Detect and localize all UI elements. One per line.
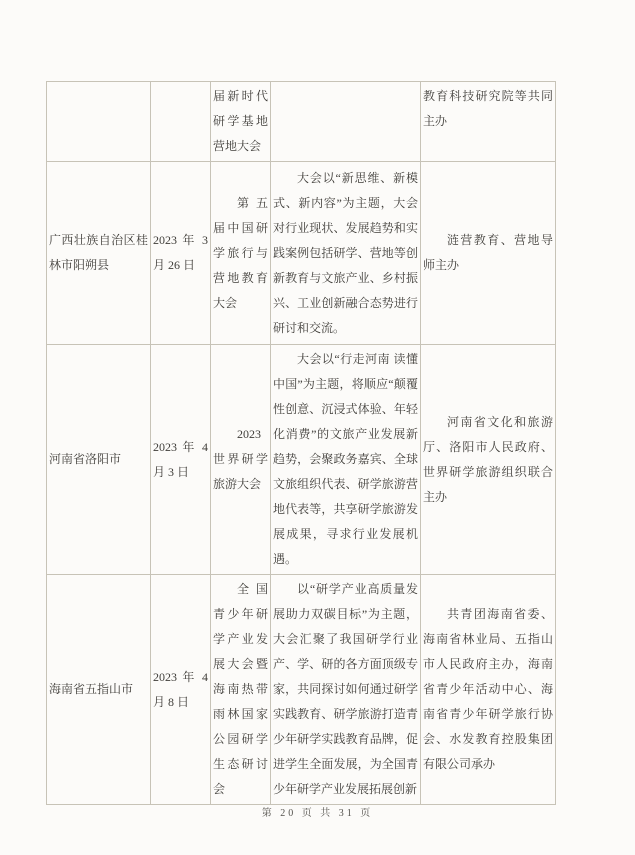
table-row: 届新时代研学基地营地大会 教育科技研究院等共同主办 [47,82,556,162]
location-cell: 河南省洛阳市 [47,345,151,575]
event-text: 届新时代研学基地营地大会 [213,84,268,159]
event-text: 第五届中国研学旅行与营地教育大会 [213,191,268,316]
date-cell: 2023 年 4 月 3 日 [151,345,211,575]
description-cell [271,82,421,162]
organizer-text: 河南省文化和旅游厅、洛阳市人民政府、世界研学旅游组织联合主办 [423,410,553,510]
table-row: 广西壮族自治区桂林市阳朔县 2023 年 3 月 26 日 第五届中国研学旅行与… [47,162,556,345]
table-row: 海南省五指山市 2023 年 4 月 8 日 全国青少年研学产业发展大会暨海南热… [47,575,556,805]
organizer-text: 教育科技研究院等共同主办 [423,84,553,134]
table-row: 河南省洛阳市 2023 年 4 月 3 日 2023 世界研学旅游大会 大会以“… [47,345,556,575]
description-cell: 大会以“行走河南 读懂中国”为主题，将顺应“颠覆性创意、沉浸式体验、年轻化消费”… [271,345,421,575]
location-text: 广西壮族自治区桂林市阳朔县 [49,228,148,278]
description-text: 以“研学产业高质量发展助力双碳目标”为主题，大会汇聚了我国研学行业产、学、研的各… [273,577,418,802]
description-text: 大会以“行走河南 读懂中国”为主题，将顺应“颠覆性创意、沉浸式体验、年轻化消费”… [273,347,418,572]
description-cell: 大会以“新思维、新模式、新内容”为主题，大会对行业现状、发展趋势和实践案例包括研… [271,162,421,345]
date-cell: 2023 年 4 月 8 日 [151,575,211,805]
page-footer: 第 20 页 共 31 页 [0,804,635,819]
event-cell: 届新时代研学基地营地大会 [211,82,271,162]
date-text: 2023 年 4 月 3 日 [153,435,208,485]
event-cell: 全国青少年研学产业发展大会暨海南热带雨林国家公园研学生态研讨会 [211,575,271,805]
description-text: 大会以“新思维、新模式、新内容”为主题，大会对行业现状、发展趋势和实践案例包括研… [273,166,418,341]
description-cell: 以“研学产业高质量发展助力双碳目标”为主题，大会汇聚了我国研学行业产、学、研的各… [271,575,421,805]
date-text: 2023 年 4 月 8 日 [153,665,208,715]
location-cell: 广西壮族自治区桂林市阳朔县 [47,162,151,345]
document-page: 届新时代研学基地营地大会 教育科技研究院等共同主办 广西壮族自治区桂林市阳朔县 … [0,0,635,855]
events-table: 届新时代研学基地营地大会 教育科技研究院等共同主办 广西壮族自治区桂林市阳朔县 … [46,81,556,805]
event-text: 全国青少年研学产业发展大会暨海南热带雨林国家公园研学生态研讨会 [213,577,268,802]
date-cell [151,82,211,162]
event-cell: 第五届中国研学旅行与营地教育大会 [211,162,271,345]
date-cell: 2023 年 3 月 26 日 [151,162,211,345]
organizer-cell: 河南省文化和旅游厅、洛阳市人民政府、世界研学旅游组织联合主办 [421,345,556,575]
organizer-text: 涟营教育、营地导师主办 [423,228,553,278]
organizer-cell: 共青团海南省委、海南省林业局、五指山市人民政府主办，海南省青少年活动中心、海南省… [421,575,556,805]
event-cell: 2023 世界研学旅游大会 [211,345,271,575]
location-text: 河南省洛阳市 [49,447,148,472]
organizer-cell: 涟营教育、营地导师主办 [421,162,556,345]
location-cell [47,82,151,162]
date-text: 2023 年 3 月 26 日 [153,228,208,278]
location-text: 海南省五指山市 [49,677,148,702]
organizer-text: 共青团海南省委、海南省林业局、五指山市人民政府主办，海南省青少年活动中心、海南省… [423,602,553,777]
location-cell: 海南省五指山市 [47,575,151,805]
organizer-cell: 教育科技研究院等共同主办 [421,82,556,162]
event-text: 2023 世界研学旅游大会 [213,422,268,497]
